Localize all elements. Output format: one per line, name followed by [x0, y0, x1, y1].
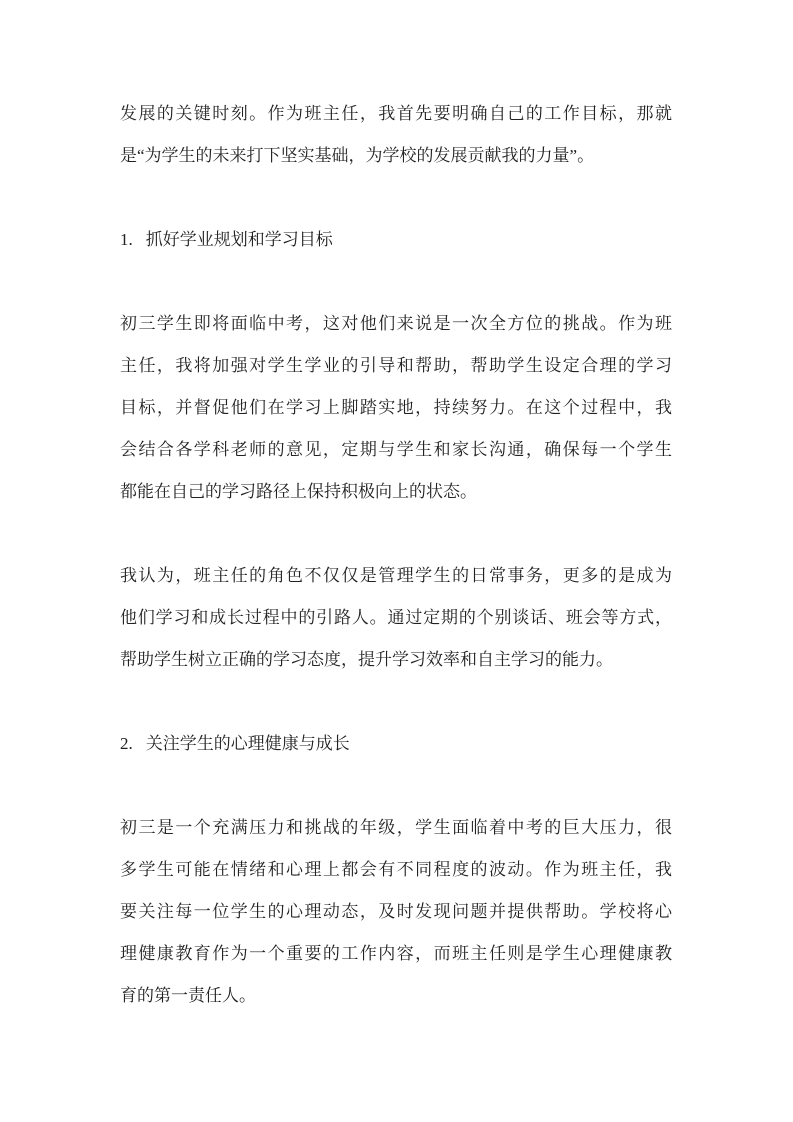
heading-text: 抓好学业规划和学习目标 [146, 230, 333, 249]
paragraph-line: 他们学习和成长过程中的引路人。通过定期的个别谈话、班会等方式， [120, 597, 672, 639]
heading-text: 关注学生的心理健康与成长 [146, 734, 350, 753]
paragraph-line: 主任，我将加强对学生学业的引导和帮助，帮助学生设定合理的学习 [120, 345, 672, 387]
paragraph-line: 会结合各学科老师的意见，定期与学生和家长沟通，确保每一个学生 [120, 429, 672, 471]
paragraph-line: 理健康教育作为一个重要的工作内容，而班主任则是学生心理健康教 [120, 933, 672, 975]
paragraph: 初三是一个充满压力和挑战的年级，学生面临着中考的巨大压力，很多学生可能在情绪和心… [120, 807, 672, 1017]
paragraph: 初三学生即将面临中考，这对他们来说是一次全方位的挑战。作为班主任，我将加强对学生… [120, 303, 672, 513]
paragraph-line: 发展的关键时刻。作为班主任，我首先要明确自己的工作目标，那就 [120, 93, 672, 135]
paragraph-line: 初三学生即将面临中考，这对他们来说是一次全方位的挑战。作为班 [120, 303, 672, 345]
paragraph: 我认为，班主任的角色不仅仅是管理学生的日常事务，更多的是成为他们学习和成长过程中… [120, 555, 672, 681]
paragraph-line: 要关注每一位学生的心理动态，及时发现问题并提供帮助。学校将心 [120, 891, 672, 933]
section-heading: 2.关注学生的心理健康与成长 [120, 723, 672, 765]
paragraph-line: 育的第一责任人。 [120, 975, 672, 1017]
paragraph-line: 目标，并督促他们在学习上脚踏实地，持续努力。在这个过程中，我 [120, 387, 672, 429]
section-heading-line: 2.关注学生的心理健康与成长 [120, 723, 672, 765]
paragraph: 发展的关键时刻。作为班主任，我首先要明确自己的工作目标，那就是“为学生的未来打下… [120, 93, 672, 177]
paragraph-line: 是“为学生的未来打下坚实基础，为学校的发展贡献我的力量”。 [120, 135, 672, 177]
document-content: 发展的关键时刻。作为班主任，我首先要明确自己的工作目标，那就是“为学生的未来打下… [120, 93, 672, 1059]
section-heading-line: 1.抓好学业规划和学习目标 [120, 219, 672, 261]
paragraph-line: 帮助学生树立正确的学习态度，提升学习效率和自主学习的能力。 [120, 639, 672, 681]
document-page: 发展的关键时刻。作为班主任，我首先要明确自己的工作目标，那就是“为学生的未来打下… [0, 0, 793, 1122]
paragraph-line: 初三是一个充满压力和挑战的年级，学生面临着中考的巨大压力，很 [120, 807, 672, 849]
paragraph-line: 都能在自己的学习路径上保持积极向上的状态。 [120, 471, 672, 513]
paragraph-line: 我认为，班主任的角色不仅仅是管理学生的日常事务，更多的是成为 [120, 555, 672, 597]
heading-number: 2. [120, 723, 133, 765]
paragraph-line: 多学生可能在情绪和心理上都会有不同程度的波动。作为班主任，我 [120, 849, 672, 891]
heading-number: 1. [120, 219, 133, 261]
section-heading: 1.抓好学业规划和学习目标 [120, 219, 672, 261]
